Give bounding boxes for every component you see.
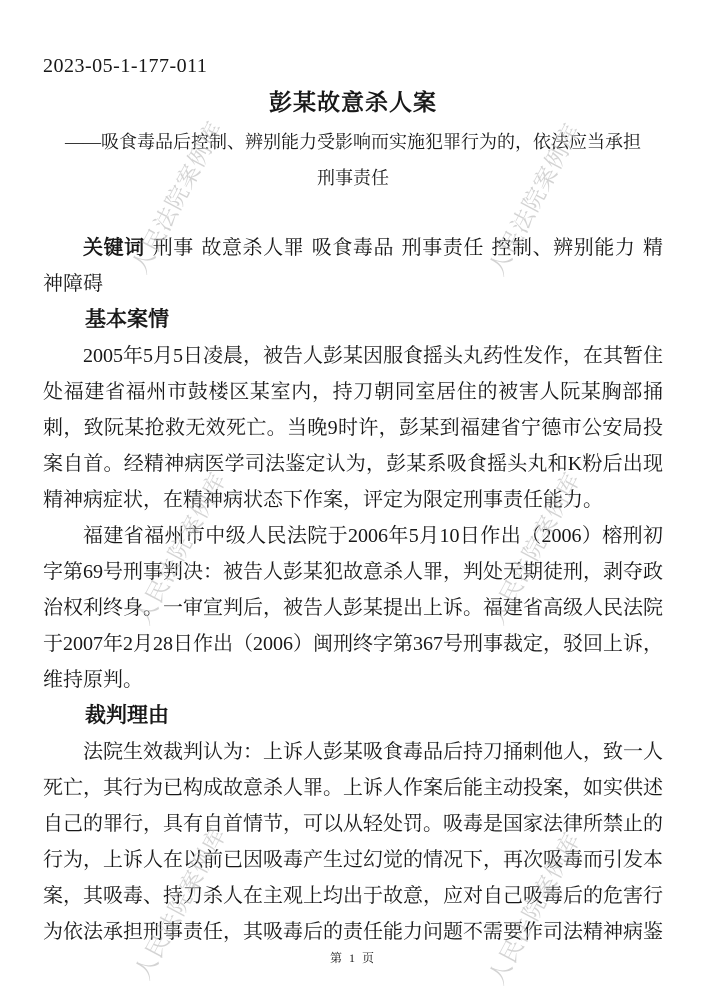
case-title: 彭某故意杀人案 bbox=[43, 88, 663, 118]
keywords-line: 关键词刑事 故意杀人罪 吸食毒品 刑事责任 控制、辨别能力 精神障碍 bbox=[43, 230, 663, 302]
paragraph-judgment-reasons-1: 法院生效裁判认为：上诉人彭某吸食毒品后持刀捅刺他人，致一人死亡，其行为已构成故意… bbox=[43, 734, 663, 950]
section-heading-basic-facts: 基本案情 bbox=[43, 302, 663, 338]
document-content: 2023-05-1-177-011 彭某故意杀人案 ——吸食毒品后控制、辨别能力… bbox=[0, 0, 706, 950]
paragraph-basic-facts-2: 福建省福州市中级人民法院于2006年5月10日作出（2006）榕刑初字第69号刑… bbox=[43, 518, 663, 698]
paragraph-basic-facts-1: 2005年5月5日凌晨，被告人彭某因服食摇头丸药性发作，在其暂住处福建省福州市鼓… bbox=[43, 338, 663, 518]
case-reference-number: 2023-05-1-177-011 bbox=[43, 0, 663, 78]
document-page: 人民法院案例库 人民法院案例库 人民法院案例库 人民法院案例库 人民法院案例库 … bbox=[0, 0, 706, 999]
page-number: 第 1 页 bbox=[0, 949, 706, 966]
section-heading-judgment-reasons: 裁判理由 bbox=[43, 698, 663, 734]
keywords-label: 关键词 bbox=[83, 237, 145, 259]
case-subtitle: ——吸食毒品后控制、辨别能力受影响而实施犯罪行为的，依法应当承担刑事责任 bbox=[63, 124, 643, 196]
